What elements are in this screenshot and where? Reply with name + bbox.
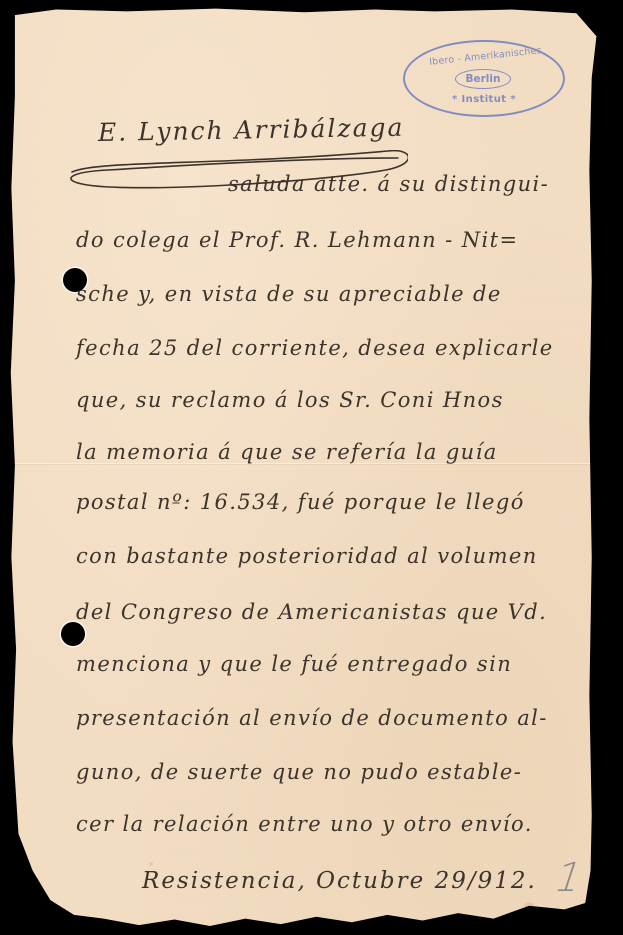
page-number: 1	[549, 855, 589, 901]
letter-line-13: cer la relación entre uno y otro envío.	[76, 812, 533, 836]
letter-body: E. Lynch Arribálzaga saluda atte. á su d…	[0, 0, 623, 935]
letter-line-9: del Congreso de Americanistas que Vd.	[76, 600, 547, 624]
letter-line-7: postal nº: 16.534, fué porque le llegó	[76, 490, 525, 514]
letter-closing: Resistencia, Octubre 29/912.	[142, 868, 537, 894]
letter-line-12: guno, de suerte que no pudo estable-	[76, 760, 522, 784]
letter-line-6: la memoria á que se refería la guía	[76, 440, 498, 464]
letter-line-10: menciona y que le fué entregado sin	[76, 652, 512, 676]
letter-line-3: sche y, en vista de su apreciable de	[76, 282, 502, 306]
addressee: E. Lynch Arribálzaga	[98, 113, 405, 147]
letter-line-2: do colega el Prof. R. Lehmann - Nit=	[76, 228, 518, 252]
letter-line-1: saluda atte. á su distingui-	[228, 172, 549, 196]
letter-line-5: que, su reclamo á los Sr. Coni Hnos	[76, 388, 504, 412]
letter-line-4: fecha 25 del corriente, desea explicarle	[76, 336, 554, 360]
letter-line-11: presentación al envío de documento al-	[76, 706, 548, 730]
letter-line-8: con bastante posterioridad al volumen	[76, 544, 538, 568]
